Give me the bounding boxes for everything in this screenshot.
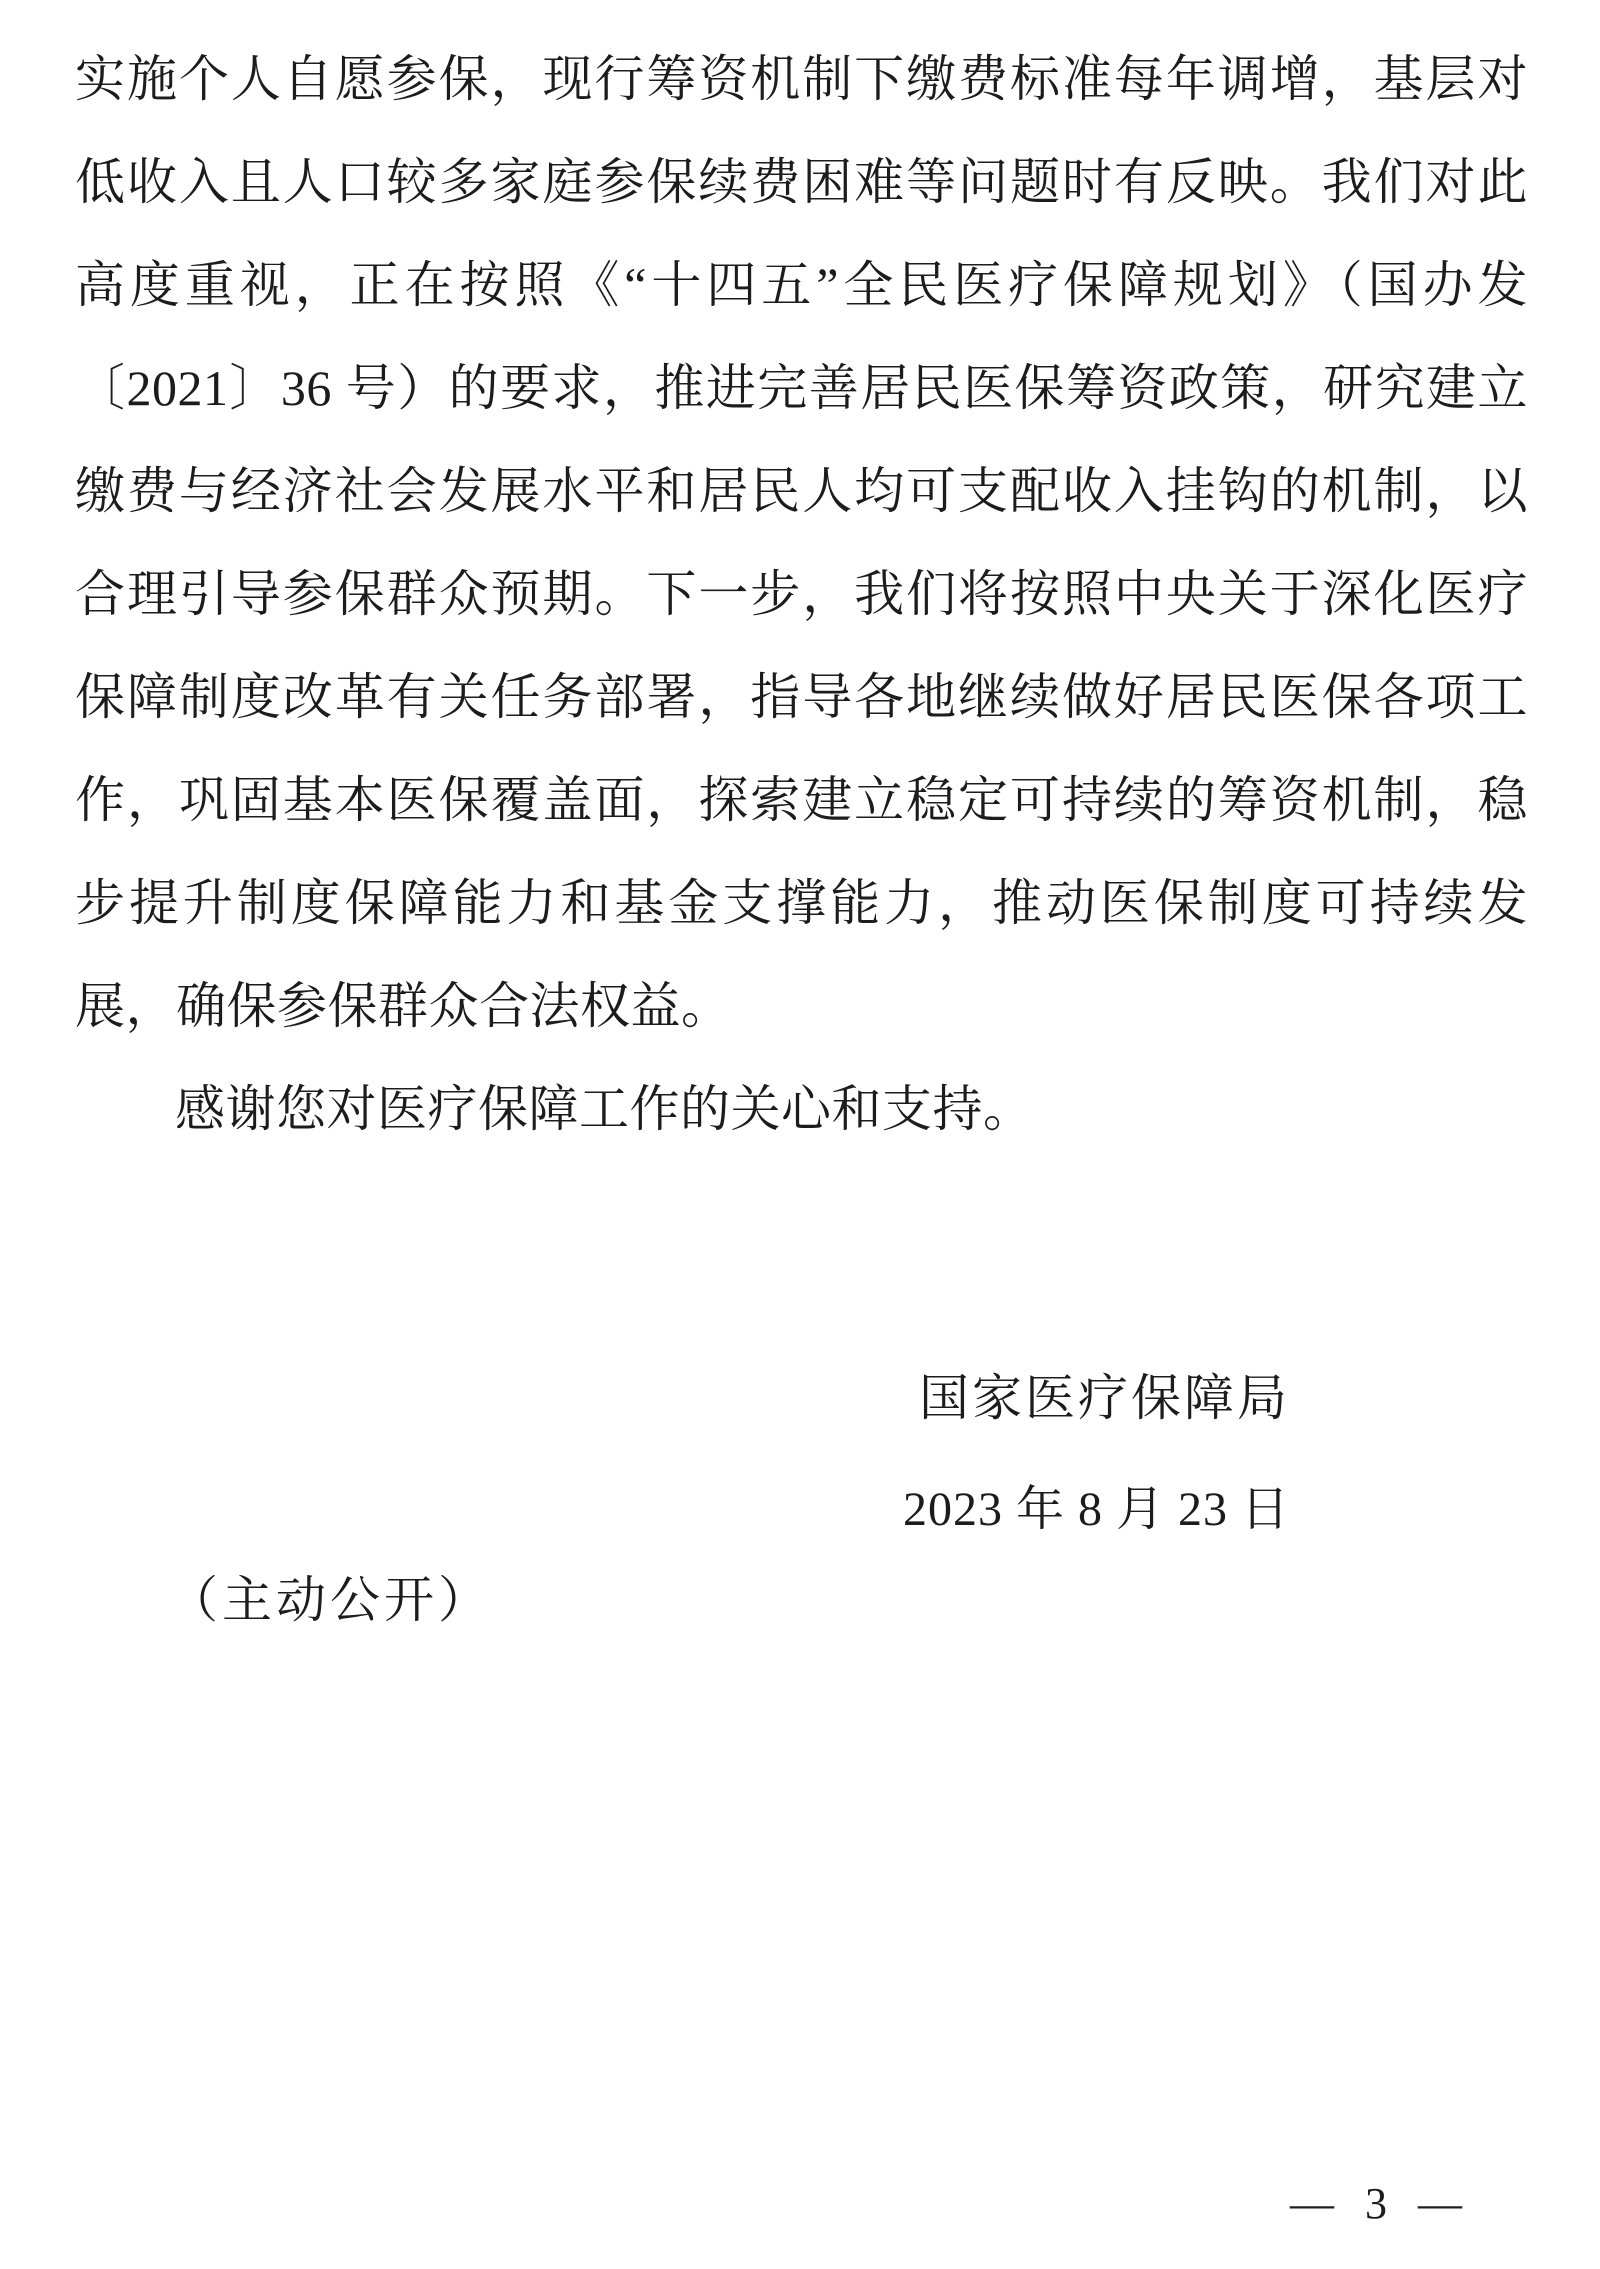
body-line: 步提升制度保障能力和基金支撑能力，推动医保制度可持续发 [75,852,1528,955]
body-line: 作，巩固基本医保覆盖面，探索建立稳定可持续的筹资机制，稳 [75,749,1528,852]
body-line: 保障制度改革有关任务部署，指导各地继续做好居民医保各项工 [75,646,1528,749]
document-page: 实施个人自愿参保，现行筹资机制下缴费标准每年调增，基层对 低收入且人口较多家庭参… [0,0,1600,2269]
closing-thanks-line: 感谢您对医疗保障工作的关心和支持。 [75,1058,1528,1161]
body-line: 缴费与经济社会发展水平和居民人均可支配收入挂钩的机制，以 [75,440,1528,543]
body-line: 合理引导参保群众预期。下一步，我们将按照中央关于深化医疗 [75,543,1528,646]
document-body: 实施个人自愿参保，现行筹资机制下缴费标准每年调增，基层对 低收入且人口较多家庭参… [75,28,1528,1161]
page-number: — 3 — [1290,2178,1472,2229]
body-line: 〔2021〕36 号）的要求，推进完善居民医保筹资政策，研究建立 [75,337,1528,440]
body-line: 展，确保参保群众合法权益。 [75,955,1528,1058]
body-line: 实施个人自愿参保，现行筹资机制下缴费标准每年调增，基层对 [75,28,1528,131]
document-date: 2023 年 8 月 23 日 [903,1470,1290,1539]
issuing-authority-signature: 国家医疗保障局 [919,1358,1290,1430]
body-line: 低收入且人口较多家庭参保续费困难等问题时有反映。我们对此 [75,131,1528,234]
body-line: 高度重视，正在按照《“十四五”全民医疗保障规划》（国办发 [75,234,1528,337]
disclosure-note: （主动公开） [168,1560,492,1632]
